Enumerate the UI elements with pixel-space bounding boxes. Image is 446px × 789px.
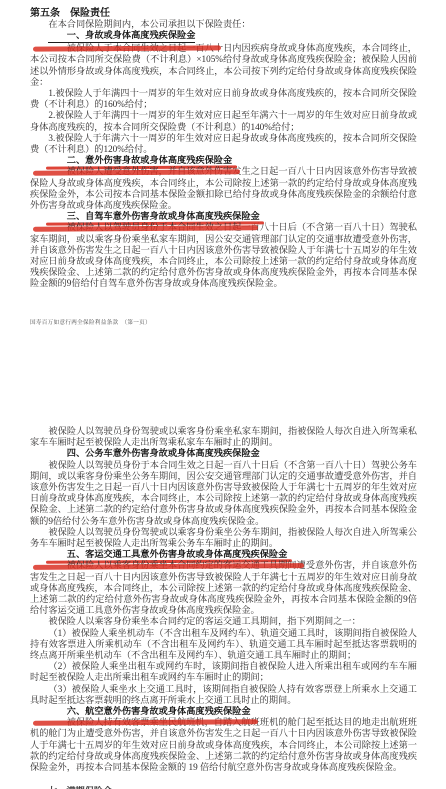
section-7-heading-clipped: 七、满期保险金 xyxy=(48,783,112,789)
section-4-note: 被保险人以驾驶员身份驾驶或以乘客身份乘坐公务车期间，指被保险人每次自进入所驾乘公… xyxy=(30,527,417,549)
section-5-note: 被保险人以乘客身份乘坐本合同约定的客运交通工具期间，指下列期间之一： xyxy=(30,616,417,627)
section-5: 五、客运交通工具意外伤害身故或身体高度残疾保险金 xyxy=(30,549,417,560)
marked-text-content: 被保险人持有效客票乘坐民航班机，自踏入航 xyxy=(67,717,251,727)
section-2: 二、意外伤害身故或身体高度残疾保险金 xyxy=(30,155,417,166)
section-3: 三、自驾车意外伤害身故或身体高度残疾保险金 xyxy=(30,211,417,222)
section-4-heading: 四、公务车意外伤害身故或身体高度残疾保险金 xyxy=(48,448,259,459)
marked-text-content: 被保险人遭受意外伤害，并自该意外伤害 xyxy=(67,166,232,176)
document-page: { "page": { "colors": { "red_mark": "#d9… xyxy=(0,0,446,789)
marked-text: 被保险人持有效客票乘坐民航班机，自踏入航 xyxy=(48,717,250,728)
section-3-note: 被保险人以驾驶员身份驾驶或以乘客身份乘坐私家车期间，指被保险人每次自进入所驾乘私… xyxy=(30,426,417,448)
section-1-paragraph: 被保险人于本合同生效之日起一百八十日内因疾病身故或身体高度残疾，本合同终止，本公… xyxy=(30,43,417,88)
article-title: 第五条 保险责任 xyxy=(30,8,417,19)
section-3-paragraph: 被保险人以驾驶员身份于本合同生效之日起一百八十日后（不含第一百八十日）驾驶私家车… xyxy=(30,222,417,289)
section-5-heading: 五、客运交通工具意外伤害身故或身体高度残疾保险金 xyxy=(48,549,287,560)
list-item-1: （1）被保险人乘坐机动车（不含出租车及网约车）、轨道交通工具时，该期间指自被保险… xyxy=(30,628,417,662)
heading-text: 二、意外伤害身故或身体高度残疾保险金 xyxy=(67,155,232,165)
marked-text: 被保险人以乘客身份乘坐本合同约定的客运交通工具期间 xyxy=(48,560,296,571)
numbered-item-3: 3.被保险人于年满六十一周岁的年生效对应日起身故或身体高度残疾的，按本合同所交保… xyxy=(30,133,417,155)
marked-text-content: 被保险人以驾驶员身份于本合同生效之日起一 xyxy=(67,222,251,232)
marked-text: 被保险人以驾驶员身份于本合同生效之日起一 xyxy=(48,222,250,233)
heading-text: 五、客运交通工具意外伤害身故或身体高度残疾保险金 xyxy=(67,549,288,559)
intro-paragraph: 在本合同保险期间内，本公司承担以下保险责任： xyxy=(30,19,417,30)
list-item-3: （3）被保险人乘坐水上交通工具时，该期间指自被保险人持有效客票登上所乘水上交通工… xyxy=(30,684,417,706)
list-item-2: （2）被保险人乘坐出租车或网约车时，该期间指自被保险人进入所乘出租车或网约车车厢… xyxy=(30,661,417,683)
section-6: 六、航空意外伤害身故或身体高度残疾保险金 xyxy=(30,706,417,717)
marked-text-content: 被保险人于本合同生效之日起一百八 xyxy=(67,43,214,53)
page-footer: 国寿百万如意行两全保险利益条款 （第一页） xyxy=(30,320,151,327)
marked-text: 被保险人遭受意外伤害，并自该意外伤害 xyxy=(48,166,232,177)
section-6-paragraph: 被保险人持有效客票乘坐民航班机，自踏入航班班机的舱门起至抵达目的地走出航班班机的… xyxy=(30,717,417,773)
numbered-item-2: 2.被保险人于年满四十一周岁的年生效对应日起至年满六十一周岁的年生效对应日前身故… xyxy=(30,110,417,132)
section-2-paragraph: 被保险人遭受意外伤害，并自该意外伤害发生之日起一百八十日内因该意外伤害导致被保险… xyxy=(30,166,417,211)
section-5-paragraph: 被保险人以乘客身份乘坐本合同约定的客运交通工具期间遭受意外伤害，并自该意外伤害发… xyxy=(30,560,417,616)
section-1: 一、身故或身体高度残疾保险金 xyxy=(30,30,417,43)
section-1-heading: 一、身故或身体高度残疾保险金 xyxy=(48,30,195,43)
page-2-content: 被保险人以驾驶员身份驾驶或以乘客身份乘坐私家车期间，指被保险人每次自进入所驾乘私… xyxy=(30,426,417,773)
page-1-content: 第五条 保险责任 在本合同保险期间内，本公司承担以下保险责任： 一、身故或身体高… xyxy=(30,8,417,290)
marked-text-content: 被保险人以乘客身份乘坐本合同约定的客运交通工具期间 xyxy=(67,560,297,570)
numbered-item-1: 1.被保险人于年满四十一周岁的年生效对应日前身故或身体高度残疾的，按本合同所交保… xyxy=(30,88,417,110)
section-3-heading: 三、自驾车意外伤害身故或身体高度残疾保险金 xyxy=(48,211,259,222)
section-6-heading: 六、航空意外伤害身故或身体高度残疾保险金 xyxy=(48,706,250,717)
marked-text: 被保险人于本合同生效之日起一百八 xyxy=(48,43,213,54)
section-4-paragraph: 被保险人以驾驶员身份于本合同生效之日起一百八十日后（不含第一百八十日）驾驶公务车… xyxy=(30,460,417,527)
section-2-heading: 二、意外伤害身故或身体高度残疾保险金 xyxy=(48,155,232,166)
section-4: 四、公务车意外伤害身故或身体高度残疾保险金 xyxy=(30,448,417,459)
heading-text: 三、自驾车意外伤害身故或身体高度残疾保险金 xyxy=(67,211,260,221)
